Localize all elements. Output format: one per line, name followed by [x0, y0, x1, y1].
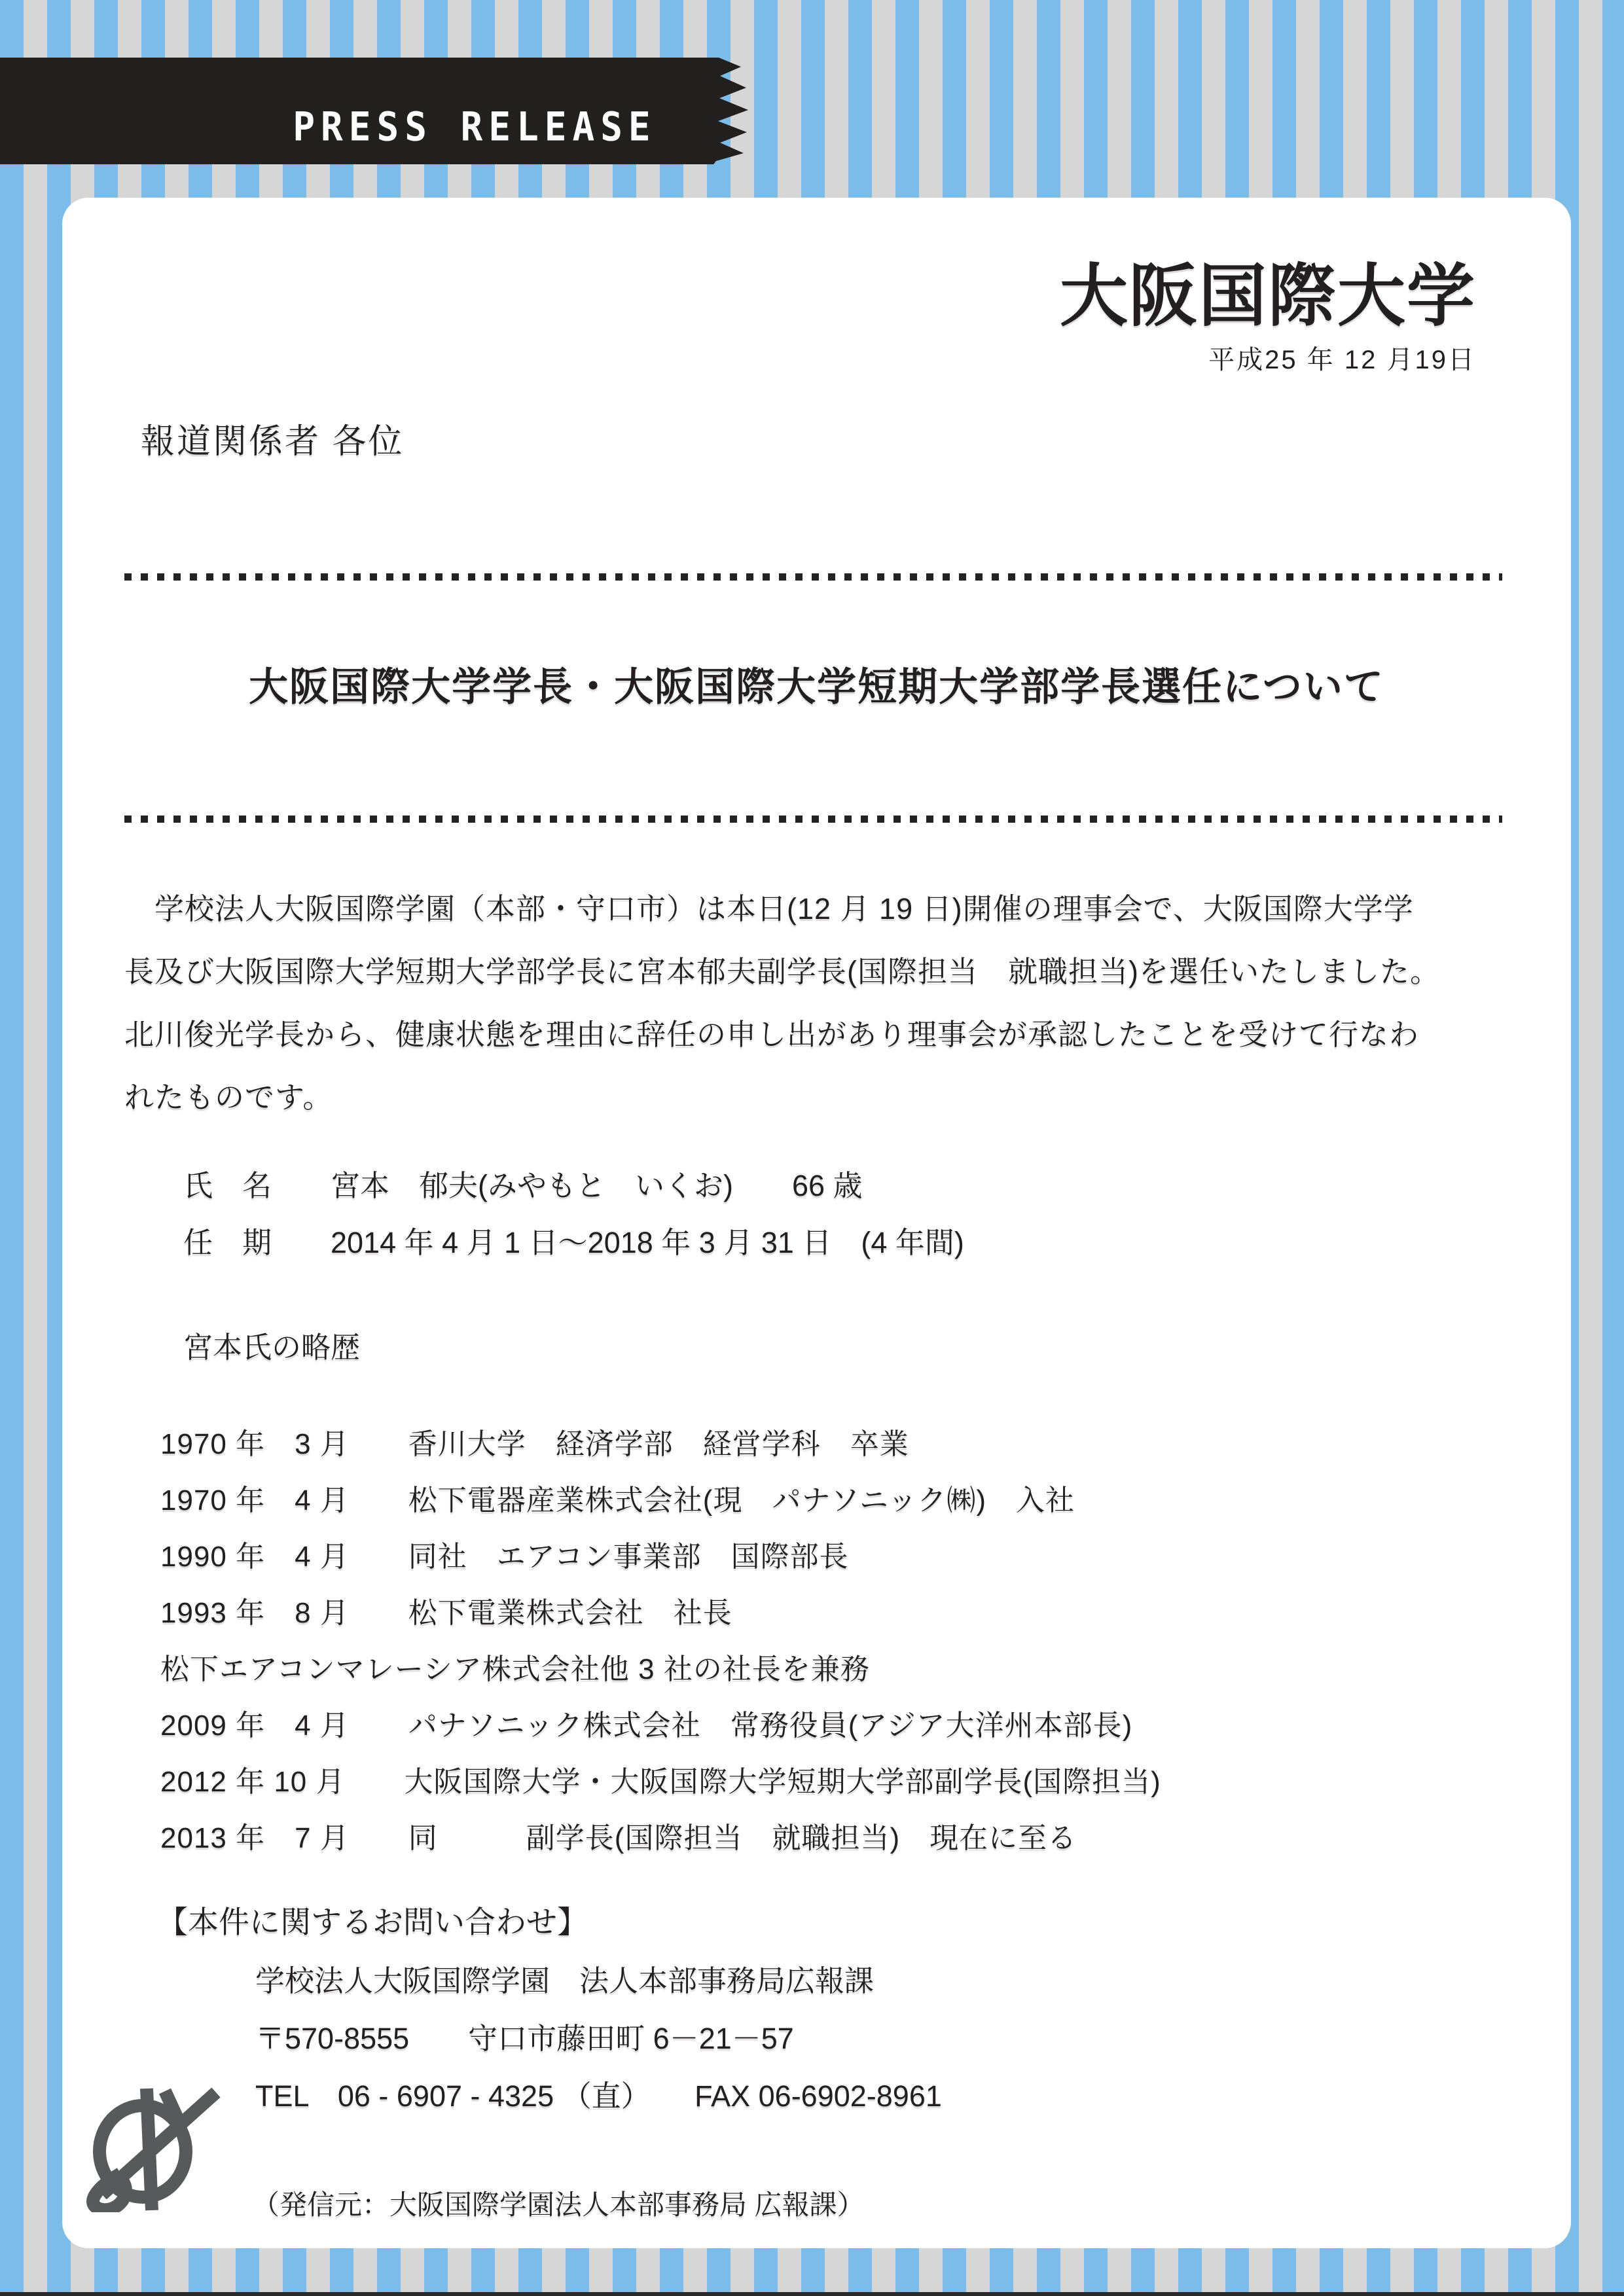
body-paragraph-line: 長及び大阪国際大学短期大学部学長に宮本郁夫副学長(国際担当 就職担当)を選任いた… [124, 948, 1525, 990]
career-row: 1970 年 3 月 香川大学 経済学部 経営学科 卒業 [160, 1420, 1535, 1462]
career-row: 松下エアコンマレーシア株式会社他 3 社の社長を兼務 [160, 1645, 1535, 1687]
dashed-divider-bottom [124, 816, 1502, 823]
university-name: 大阪国際大学 [785, 241, 1476, 339]
press-release-page: PRESS RELEASE 大阪国際大学 平成25 年 12 月19日 報道関係… [0, 0, 1624, 2296]
headline: 大阪国際大学学長・大阪国際大学短期大学部学長選任について [62, 656, 1571, 712]
press-release-banner: PRESS RELEASE [0, 58, 749, 164]
body-paragraph-line: 北川俊光学長から、健康状態を理由に辞任の申し出があり理事会が承認したことを受けて… [124, 1011, 1525, 1053]
career-row: 2012 年 10 月 大阪国際大学・大阪国際大学短期大学部副学長(国際担当) [160, 1758, 1535, 1800]
contact-tel-fax: TEL 06 - 6907 - 4325 （直） FAX 06-6902-896… [255, 2072, 942, 2115]
career-row: 1970 年 4 月 松下電器産業株式会社(現 パナソニック㈱) 入社 [160, 1477, 1535, 1518]
career-row: 1990 年 4 月 同社 エアコン事業部 国際部長 [160, 1533, 1535, 1575]
contact-organization: 学校法人大阪国際学園 法人本部事務局広報課 [255, 1957, 874, 2000]
body-paragraph-line: 学校法人大阪国際学園（本部・守口市）は本日(12 月 19 日)開催の理事会で、… [124, 885, 1525, 927]
career-section-title: 宮本氏の略歴 [183, 1323, 360, 1366]
addressee-line: 報道関係者 各位 [141, 414, 404, 463]
appointee-term-line: 任 期 2014 年 4 月 1 日～2018 年 3 月 31 日 (4 年間… [183, 1219, 964, 1261]
appointee-name-line: 氏 名 宮本 郁夫(みやもと いくお) 66 歳 [183, 1162, 863, 1204]
body-paragraph-line: れたものです。 [124, 1073, 1525, 1116]
footer-source-line: （発信元：大阪国際学園法人本部事務局 広報課） [252, 2183, 865, 2223]
press-release-banner-label: PRESS RELEASE [249, 104, 700, 150]
contact-section-heading: 【本件に関するお問い合わせ】 [157, 1898, 588, 1942]
career-row: 2013 年 7 月 同 副学長(国際担当 就職担当) 現在に至る [160, 1814, 1535, 1856]
bottom-edge-line [0, 2292, 1624, 2296]
career-row: 1993 年 8 月 松下電業株式会社 社長 [160, 1589, 1535, 1631]
career-row: 2009 年 4 月 パナソニック株式会社 常務役員(アジア大洋州本部長) [160, 1702, 1535, 1744]
document-date: 平成25 年 12 月19日 [785, 339, 1476, 376]
university-logo-mark [77, 2085, 231, 2215]
contact-address: 〒570-8555 守口市藤田町 6－21－57 [255, 2015, 794, 2057]
dashed-divider-top [124, 573, 1502, 581]
